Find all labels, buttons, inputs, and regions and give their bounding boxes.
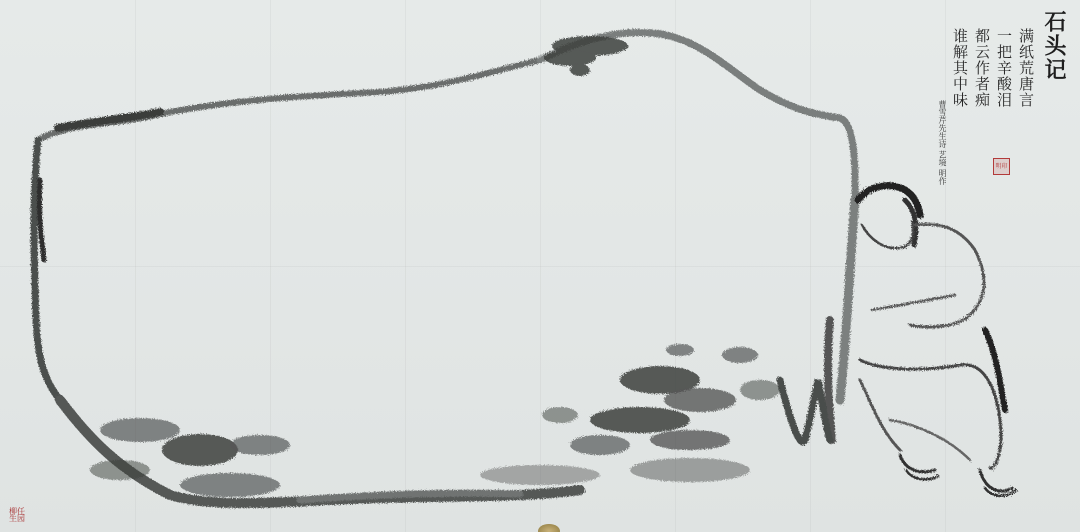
inscription-title: 石头记 bbox=[1039, 10, 1070, 185]
paperweight bbox=[538, 524, 560, 532]
poem-line: 谁解其中味 bbox=[951, 28, 969, 185]
painting-canvas: 石头记 满纸荒唐言 一把辛酸泪 都云作者痴 谁解其中味 曹雪芹先生诗 艺境 明作… bbox=[0, 0, 1080, 532]
seated-figure bbox=[858, 186, 1016, 496]
poem-line: 都云作者痴 bbox=[973, 28, 991, 185]
ink-painting bbox=[0, 0, 1080, 532]
artist-seal: 明印 bbox=[993, 158, 1010, 175]
signature: 曹雪芹先生诗 艺境 明作 bbox=[937, 100, 947, 185]
poem-line: 满纸荒唐言 bbox=[1017, 28, 1035, 185]
corner-seal: 柳任 生园 bbox=[6, 504, 28, 526]
